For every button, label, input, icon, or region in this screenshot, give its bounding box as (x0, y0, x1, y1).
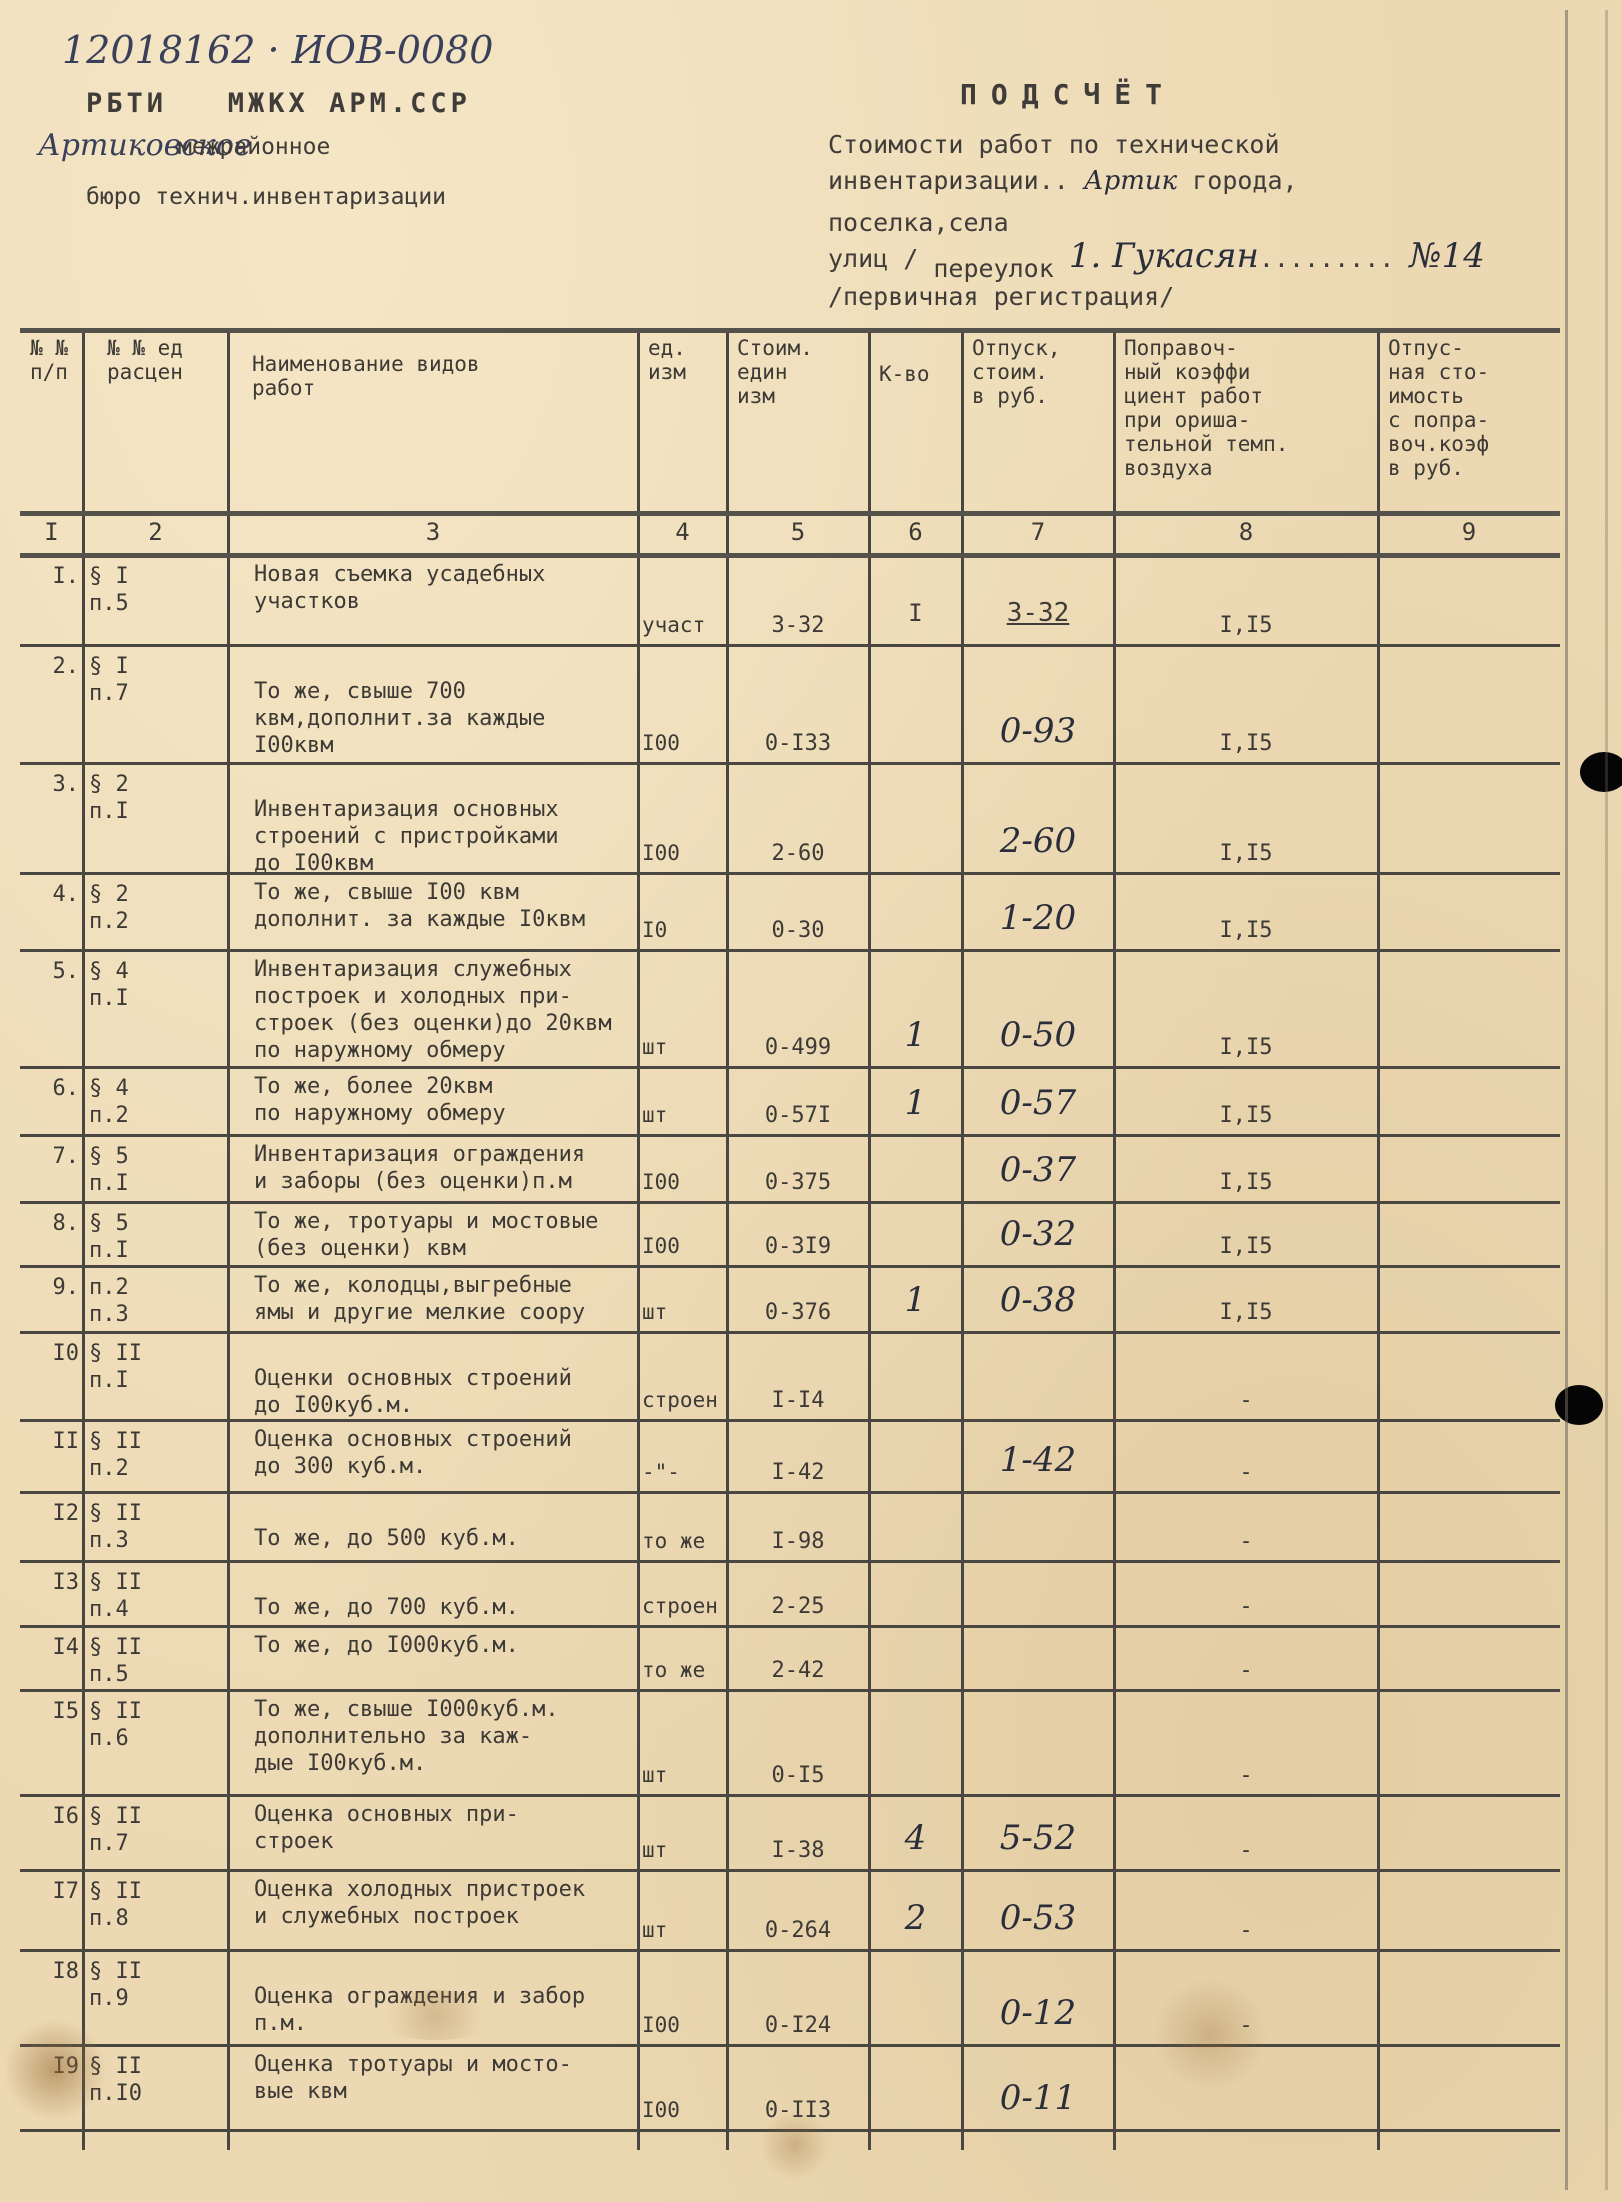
cost-rub-handwritten: 0-53 (962, 1870, 1114, 1950)
correction-coefficient: - (1114, 1420, 1378, 1492)
subtitle-line2: инвентаризации.. Артик города, (828, 166, 1298, 196)
row-number: I3 (20, 1561, 83, 1626)
work-description: То же, свыше I000куб.м. дополнительно за… (228, 1690, 638, 1795)
column-number: 3 (228, 519, 638, 555)
cost-rub-handwritten: 0-93 (962, 645, 1114, 763)
unit-of-measure: I00 (638, 1135, 727, 1202)
lane-label: переулок (933, 254, 1053, 283)
rate-reference: § 5 п.I (83, 1135, 228, 1202)
column-header: № № п/п (26, 336, 79, 509)
stain (0, 2020, 110, 2120)
street-label: улиц / (828, 244, 918, 273)
column-number: 5 (727, 519, 869, 555)
correction-coefficient: I,I5 (1114, 1067, 1378, 1135)
rate-reference: § 2 п.I (83, 763, 228, 873)
cost-rub-handwritten (962, 1332, 1114, 1420)
unit-of-measure: I0 (638, 873, 727, 950)
dot-leader: ......... (1259, 244, 1394, 273)
work-description: То же, до I000куб.м. (228, 1626, 638, 1690)
quantity-handwritten (869, 873, 962, 950)
unit-price: 0-30 (727, 873, 869, 950)
quantity-handwritten (869, 1950, 962, 2045)
rate-reference: § II п.9 (83, 1950, 228, 2045)
correction-coefficient: - (1114, 1690, 1378, 1795)
rate-reference: § 4 п.I (83, 950, 228, 1067)
final-cost-rub (1378, 1332, 1560, 1420)
unit-of-measure: I00 (638, 645, 727, 763)
org-name-line3: бюро технич.инвентаризации (86, 184, 446, 210)
stain (370, 1990, 500, 2040)
column-header: Поправоч- ный коэффи циент работ при ори… (1120, 336, 1374, 509)
quantity-handwritten (869, 1561, 962, 1626)
header-rule (20, 511, 1560, 516)
subtitle-line1: Стоимости работ по технической (828, 130, 1280, 159)
cost-rub-handwritten (962, 1626, 1114, 1690)
final-cost-rub (1378, 1067, 1560, 1135)
unit-of-measure: шт (638, 1067, 727, 1135)
subtitle-line3: поселка,села (828, 208, 1009, 237)
column-header: Стоим. един изм (733, 336, 865, 509)
correction-coefficient: I,I5 (1114, 873, 1378, 950)
page-fold-line (1565, 10, 1568, 2190)
quantity-handwritten: 1 (869, 1266, 962, 1332)
column-header: № № ед расцен (89, 336, 224, 509)
unit-of-measure: строен (638, 1561, 727, 1626)
quantity-handwritten (869, 1202, 962, 1266)
rate-reference: § II п.7 (83, 1795, 228, 1870)
final-cost-rub (1378, 2045, 1560, 2130)
column-header: ед. изм (644, 336, 723, 509)
unit-price: 0-57I (727, 1067, 869, 1135)
stain (1150, 1980, 1270, 2090)
unit-price: 0-I5 (727, 1690, 869, 1795)
quantity-handwritten: 2 (869, 1870, 962, 1950)
org-name-line2: межрайонное (178, 134, 330, 160)
correction-coefficient: I,I5 (1114, 1266, 1378, 1332)
row-number: I. (20, 555, 83, 645)
final-cost-rub (1378, 1626, 1560, 1690)
work-description: То же, до 700 куб.м. (228, 1561, 638, 1626)
quantity-handwritten: 1 (869, 950, 962, 1067)
unit-of-measure: то же (638, 1626, 727, 1690)
correction-coefficient: I,I5 (1114, 1135, 1378, 1202)
correction-coefficient: - (1114, 1492, 1378, 1561)
page-fold-line-outer (1605, 10, 1608, 2190)
quantity-handwritten (869, 763, 962, 873)
unit-of-measure: шт (638, 1266, 727, 1332)
row-number: 9. (20, 1266, 83, 1332)
work-description: То же, свыше 700 квм,дополнит.за каждые … (228, 645, 638, 763)
row-number: 5. (20, 950, 83, 1067)
unit-of-measure: шт (638, 1870, 727, 1950)
unit-of-measure: шт (638, 1795, 727, 1870)
work-description: Инвентаризация основных строений с прист… (228, 763, 638, 873)
final-cost-rub (1378, 1690, 1560, 1795)
row-number: I6 (20, 1795, 83, 1870)
cost-rub-handwritten: 0-38 (962, 1266, 1114, 1332)
final-cost-rub (1378, 1492, 1560, 1561)
subtitle-line4: улиц / переулок 1. Гукасян......... №14 (828, 236, 1485, 276)
header-rule (20, 328, 1560, 333)
final-cost-rub (1378, 1795, 1560, 1870)
work-description: Оценка тротуары и мосто- вые квм (228, 2045, 638, 2130)
dot-leader: .. (1039, 166, 1069, 195)
rate-reference: § II п.6 (83, 1690, 228, 1795)
unit-price: 0-I24 (727, 1950, 869, 2045)
unit-price: 0-499 (727, 950, 869, 1067)
unit-of-measure: -"- (638, 1420, 727, 1492)
unit-of-measure: то же (638, 1492, 727, 1561)
column-number: 9 (1378, 519, 1560, 555)
quantity-handwritten (869, 1420, 962, 1492)
cost-rub-handwritten: 0-37 (962, 1135, 1114, 1202)
row-number: I5 (20, 1690, 83, 1795)
quantity-handwritten (869, 1135, 962, 1202)
registration-type: /первичная регистрация/ (828, 282, 1174, 311)
work-description: То же, более 20квм по наружному обмеру (228, 1067, 638, 1135)
rate-reference: § II п.3 (83, 1492, 228, 1561)
column-number: 4 (638, 519, 727, 555)
work-description: То же, тротуары и мостовые (без оценки) … (228, 1202, 638, 1266)
house-number-handwritten: №14 (1409, 236, 1484, 276)
rate-reference: § II п.I (83, 1332, 228, 1420)
rate-reference: § II п.2 (83, 1420, 228, 1492)
row-number: 6. (20, 1067, 83, 1135)
subtitle-line2-suffix: города, (1192, 166, 1297, 195)
rate-reference: § 5 п.I (83, 1202, 228, 1266)
unit-price: 0-I33 (727, 645, 869, 763)
cost-rub-handwritten: 1-42 (962, 1420, 1114, 1492)
final-cost-rub (1378, 1266, 1560, 1332)
row-number: 7. (20, 1135, 83, 1202)
cost-rub-handwritten (962, 1561, 1114, 1626)
final-cost-rub (1378, 1135, 1560, 1202)
quantity-handwritten (869, 2045, 962, 2130)
punch-hole-lower (1555, 1385, 1603, 1425)
work-description: Оценки основных строений до I00куб.м. (228, 1332, 638, 1420)
rate-reference: § II п.4 (83, 1561, 228, 1626)
correction-coefficient: I,I5 (1114, 950, 1378, 1067)
quantity-handwritten (869, 1690, 962, 1795)
quantity-handwritten: I (869, 555, 962, 645)
rate-reference: п.2 п.3 (83, 1266, 228, 1332)
work-description: Оценка основных при- строек (228, 1795, 638, 1870)
final-cost-rub (1378, 1950, 1560, 2045)
cost-rub-handwritten (962, 1690, 1114, 1795)
work-description: То же, свыше I00 квм дополнит. за каждые… (228, 873, 638, 950)
unit-price: I-I4 (727, 1332, 869, 1420)
unit-price: I-42 (727, 1420, 869, 1492)
unit-price: 0-376 (727, 1266, 869, 1332)
unit-of-measure: I00 (638, 1950, 727, 2045)
unit-price: 0-264 (727, 1870, 869, 1950)
final-cost-rub (1378, 645, 1560, 763)
row-number: I7 (20, 1870, 83, 1950)
subtitle-line2-prefix: инвентаризации (828, 166, 1039, 195)
unit-price: I-98 (727, 1492, 869, 1561)
column-number: 6 (869, 519, 962, 555)
cost-rub-handwritten: 0-11 (962, 2045, 1114, 2130)
city-handwritten: Артик (1084, 166, 1177, 196)
correction-coefficient: I,I5 (1114, 555, 1378, 645)
cost-rub-handwritten: 3-32 (962, 555, 1114, 645)
rate-reference: § I п.5 (83, 555, 228, 645)
stain (760, 2110, 830, 2180)
column-number: I (20, 519, 83, 555)
quantity-handwritten: 4 (869, 1795, 962, 1870)
cost-rub-handwritten (962, 1492, 1114, 1561)
work-description: Инвентаризация служебных построек и холо… (228, 950, 638, 1067)
final-cost-rub (1378, 1561, 1560, 1626)
unit-of-measure: шт (638, 1690, 727, 1795)
rate-reference: § 4 п.2 (83, 1067, 228, 1135)
rate-reference: § II п.8 (83, 1870, 228, 1950)
correction-coefficient: I,I5 (1114, 645, 1378, 763)
column-header: К-во (875, 362, 958, 509)
row-number: 8. (20, 1202, 83, 1266)
correction-coefficient: - (1114, 1332, 1378, 1420)
cost-rub-handwritten: 0-57 (962, 1067, 1114, 1135)
unit-of-measure: участ (638, 555, 727, 645)
org-name-line1: РБТИ МЖКХ АРМ.ССР (86, 88, 471, 119)
row-number: 4. (20, 873, 83, 950)
correction-coefficient: - (1114, 1795, 1378, 1870)
correction-coefficient: - (1114, 1870, 1378, 1950)
final-cost-rub (1378, 950, 1560, 1067)
column-number: 2 (83, 519, 228, 555)
correction-coefficient: I,I5 (1114, 763, 1378, 873)
row-number: I2 (20, 1492, 83, 1561)
final-cost-rub (1378, 1870, 1560, 1950)
final-cost-rub (1378, 555, 1560, 645)
final-cost-rub (1378, 873, 1560, 950)
quantity-handwritten (869, 1626, 962, 1690)
handwritten-reference-number: 12018162 · ИОВ-0080 (62, 28, 493, 72)
work-description: То же, колодцы,выгребные ямы и другие ме… (228, 1266, 638, 1332)
row-number: 2. (20, 645, 83, 763)
document-title: ПОДСЧЁТ (960, 78, 1176, 111)
final-cost-rub (1378, 1420, 1560, 1492)
work-description: Инвентаризация ограждения и заборы (без … (228, 1135, 638, 1202)
row-number: I0 (20, 1332, 83, 1420)
column-header: Наименование видов работ (234, 352, 634, 509)
unit-price: 2-42 (727, 1626, 869, 1690)
cost-rub-handwritten: 1-20 (962, 873, 1114, 950)
street-handwritten: 1. Гукасян (1069, 236, 1259, 276)
column-number: 8 (1114, 519, 1378, 555)
correction-coefficient: - (1114, 1626, 1378, 1690)
row-number: II (20, 1420, 83, 1492)
correction-coefficient: - (1114, 1561, 1378, 1626)
unit-price: 2-25 (727, 1561, 869, 1626)
work-description: То же, до 500 куб.м. (228, 1492, 638, 1561)
cost-rub-handwritten: 2-60 (962, 763, 1114, 873)
unit-price: I-38 (727, 1795, 869, 1870)
column-number: 7 (962, 519, 1114, 555)
cost-rub-handwritten: 0-50 (962, 950, 1114, 1067)
rate-reference: § II п.5 (83, 1626, 228, 1690)
unit-of-measure: I00 (638, 763, 727, 873)
row-number: I4 (20, 1626, 83, 1690)
work-description: Новая съемка усадебных участков (228, 555, 638, 645)
column-header: Отпуск, стоим. в руб. (968, 336, 1110, 509)
rate-reference: § 2 п.2 (83, 873, 228, 950)
quantity-handwritten (869, 1492, 962, 1561)
unit-price: 0-375 (727, 1135, 869, 1202)
row-number: 3. (20, 763, 83, 873)
cost-rub-handwritten: 5-52 (962, 1795, 1114, 1870)
quantity-handwritten (869, 1332, 962, 1420)
final-cost-rub (1378, 763, 1560, 873)
cost-rub-handwritten: 0-12 (962, 1950, 1114, 2045)
unit-of-measure: строен (638, 1332, 727, 1420)
column-header: Отпус- ная сто- имость с попра- воч.коэф… (1384, 336, 1556, 509)
work-description: Оценка холодных пристроек и служебных по… (228, 1870, 638, 1950)
quantity-handwritten: 1 (869, 1067, 962, 1135)
rate-reference: § I п.7 (83, 645, 228, 763)
correction-coefficient: I,I5 (1114, 1202, 1378, 1266)
unit-price: 0-3I9 (727, 1202, 869, 1266)
unit-price: 3-32 (727, 555, 869, 645)
punch-hole-upper (1580, 752, 1622, 792)
cost-rub-handwritten: 0-32 (962, 1202, 1114, 1266)
unit-of-measure: I00 (638, 2045, 727, 2130)
work-description: Оценка основных строений до 300 куб.м. (228, 1420, 638, 1492)
unit-price: 2-60 (727, 763, 869, 873)
unit-of-measure: I00 (638, 1202, 727, 1266)
quantity-handwritten (869, 645, 962, 763)
unit-of-measure: шт (638, 950, 727, 1067)
final-cost-rub (1378, 1202, 1560, 1266)
